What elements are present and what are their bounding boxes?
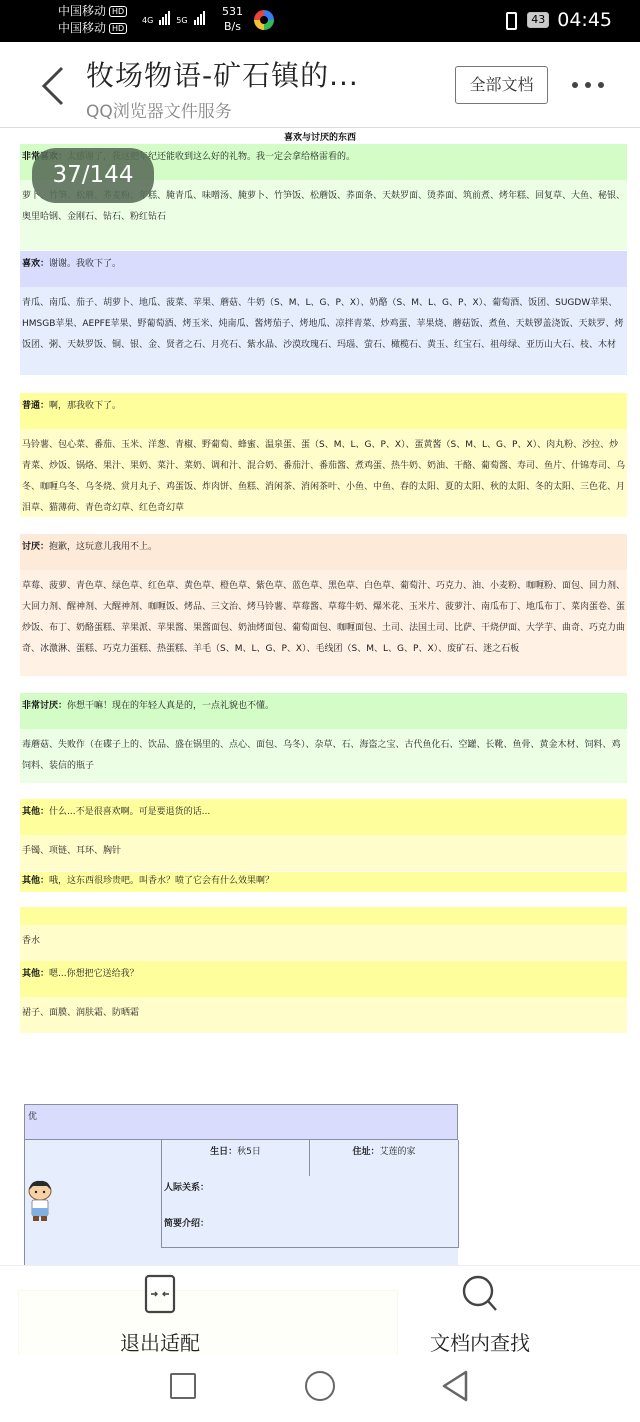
section-other-1: 其他：什么...不是很喜欢啊。可是要退货的话... 手镯、项链、耳环、胸针	[20, 799, 627, 871]
signal-bars-icon	[194, 9, 205, 25]
fit-screen-icon	[144, 1274, 176, 1314]
section-very-dislike: 非常讨厌：你想干嘛！现在的年轻人真是的，一点礼貌也不懂。 毒蘑菇、失败作（在碟子…	[20, 693, 627, 783]
bottom-toolbar: 退出适配 文档内查找	[0, 1265, 640, 1355]
document-viewer[interactable]: 喜欢与讨厌的东西 非常喜欢：太感谢了，我这把年纪还能收到这么好的礼物。我一定会拿…	[0, 129, 640, 1265]
item-list: 草莓、菠萝、青色草、绿色草、红色草、黄色草、橙色草、紫色草、蓝色草、黑色草、白色…	[20, 570, 627, 676]
signal-bars-icon	[159, 9, 170, 25]
back-button[interactable]	[440, 1369, 470, 1403]
section-normal: 普通：啊，那我收下了。 马铃薯、包心菜、番茄、玉米、洋葱、青椒、野葡萄、蜂蜜、温…	[20, 393, 627, 517]
exit-fit-button[interactable]: 退出适配	[110, 1274, 210, 1356]
app-notification-icon	[254, 10, 274, 30]
intro-cell: 简要介绍：	[161, 1212, 459, 1248]
item-list: 香水	[20, 925, 627, 961]
vibrate-icon	[501, 11, 519, 29]
status-bar: 中国移动HD 中国移动HD 4G 5G 531 B/s 43 04:45	[0, 0, 640, 42]
back-arrow-icon[interactable]	[36, 64, 68, 108]
birthday-cell: 生日：秋5日	[161, 1140, 310, 1177]
character-avatar	[25, 1178, 55, 1228]
battery-icon: 43	[527, 12, 549, 28]
item-list: 毒蘑菇、失败作（在碟子上的、饮品、盛在锅里的、点心、面包、乌冬）、杂草、石、海盗…	[20, 729, 627, 783]
page-indicator: 37/144	[32, 148, 154, 203]
network-type-1: 4G	[142, 16, 153, 25]
item-list: 手镯、项链、耳环、胸针	[20, 835, 627, 871]
app-header: 牧场物语-矿石镇的... QQ浏览器文件服务 全部文档	[0, 42, 640, 128]
section-other-3: 其他：嗯...你想把它送给我？ 裙子、面膜、润肤霜、防晒霜	[20, 961, 627, 1033]
all-documents-button[interactable]: 全部文档	[455, 66, 548, 104]
carrier-2: 中国移动	[58, 21, 106, 35]
network-type-2: 5G	[176, 16, 187, 25]
section-other-2: 其他：哦，这东西很珍贵吧。叫香水？喷了它会有什么效果啊？ 香水	[20, 872, 627, 961]
character-name: 优	[24, 1104, 458, 1140]
item-list: 马铃薯、包心菜、番茄、玉米、洋葱、青椒、野葡萄、蜂蜜、温泉蛋、蛋（S、M、L、G…	[20, 429, 627, 517]
hd-badge: HD	[109, 23, 127, 34]
find-in-document-button[interactable]: 文档内查找	[420, 1274, 540, 1356]
hd-badge: HD	[109, 6, 127, 17]
item-list: 青瓜、南瓜、茄子、胡萝卜、地瓜、菠菜、苹果、蘑菇、牛奶（S、M、L、G、P、X）…	[20, 287, 627, 375]
character-profile-table: 优 生日：秋5日 住址：艾莲的家 人际关系： 简要介绍：	[24, 1104, 458, 1265]
address-cell: 住址：艾莲的家	[309, 1140, 459, 1177]
section-like: 喜欢：谢谢。我收下了。 青瓜、南瓜、茄子、胡萝卜、地瓜、菠菜、苹果、蘑菇、牛奶（…	[20, 251, 627, 375]
relations-cell: 人际关系：	[161, 1176, 459, 1213]
search-icon	[460, 1274, 500, 1314]
signal-icons: 4G 5G	[142, 9, 205, 25]
carrier-info: 中国移动HD 中国移动HD	[58, 3, 127, 37]
doc-heading: 喜欢与讨厌的东西	[0, 130, 640, 143]
system-navigation-bar	[0, 1355, 640, 1422]
network-speed: 531 B/s	[222, 4, 243, 34]
document-subtitle: QQ浏览器文件服务	[86, 97, 232, 122]
section-dislike: 讨厌：抱歉，这玩意儿我用不上。 草莓、菠萝、青色草、绿色草、红色草、黄色草、橙色…	[20, 534, 627, 676]
more-options-icon[interactable]	[572, 82, 604, 88]
recent-apps-button[interactable]	[170, 1373, 196, 1399]
clock: 04:45	[557, 9, 612, 31]
home-button[interactable]	[305, 1371, 335, 1401]
item-list: 裙子、面膜、润肤霜、防晒霜	[20, 997, 627, 1033]
document-title: 牧场物语-矿石镇的...	[86, 54, 359, 94]
carrier-1: 中国移动	[58, 4, 106, 18]
